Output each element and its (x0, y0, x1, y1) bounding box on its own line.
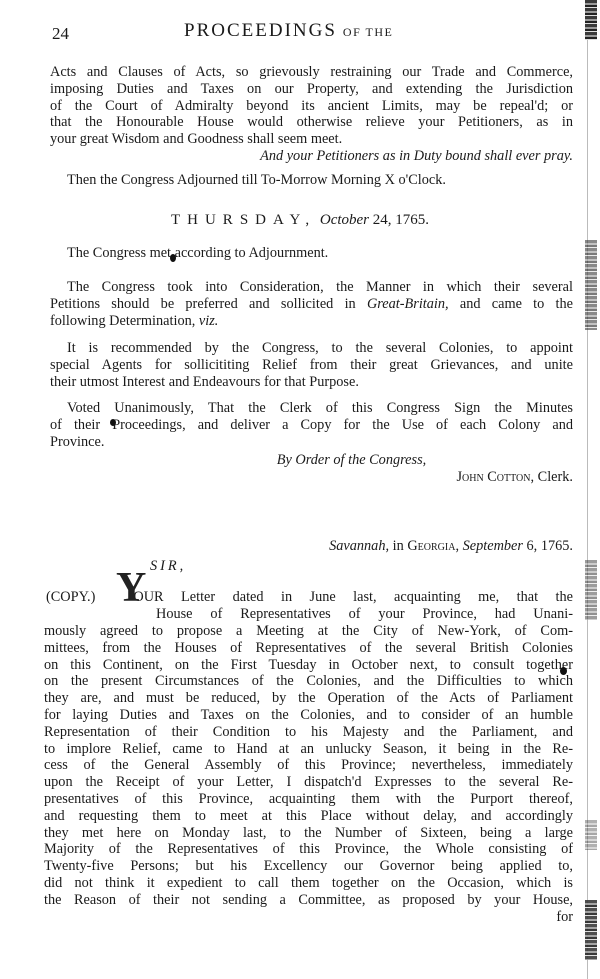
text-line: the Reason of their not sending a Commit… (44, 892, 573, 909)
text-line: mously agreed to propose a Meeting at th… (44, 623, 573, 640)
text-span: OUR Letter dated in June last, acquainti… (133, 589, 573, 605)
text-line: Majority of the Representatives of this … (44, 841, 573, 858)
day-name: THURSDAY, (171, 212, 316, 228)
text-line: imposing Duties and Taxes on our Propert… (50, 81, 573, 98)
text-line: their utmost Interest and Endeavours for… (50, 374, 573, 391)
place-name: Great-Britain, (367, 296, 449, 312)
text-line: for laying Duties and Taxes on the Colon… (44, 707, 573, 724)
text-line: Twenty-five Persons; but his Excellency … (44, 858, 573, 875)
clerk-signature: John Cotton, Clerk. (50, 469, 573, 486)
running-title-tail: OF THE (343, 25, 393, 39)
dateline-state: Georgia, (407, 538, 459, 554)
catchword: for (44, 909, 573, 926)
petition-conclusion: Acts and Clauses of Acts, so grievously … (50, 64, 573, 165)
clerk-title: Clerk. (538, 469, 573, 485)
text-line: presentatives of this Province, acquaint… (44, 791, 573, 808)
text-line: did not think it expedient to call them … (44, 875, 573, 892)
letter-dateline: Savannah, in Georgia, September 6, 1765. (50, 538, 573, 555)
page-number: 24 (52, 24, 69, 44)
clerk-name: John Cotton, (456, 469, 534, 485)
text-line: Representation of their Condition to his… (44, 724, 573, 741)
viz-abbrev: viz. (199, 313, 218, 329)
copy-label: (COPY.) (46, 589, 95, 605)
text-line: that the Honourable House would otherwis… (50, 114, 573, 131)
petition-closing: And your Petitioners as in Duty bound sh… (50, 148, 573, 165)
text-line: cess of the General Assembly of this Pro… (44, 757, 573, 774)
text-line: on the present Circumstances of the Colo… (44, 673, 573, 690)
text-line: they met here on Monday last, to the Num… (44, 825, 573, 842)
running-title-main: PROCEEDINGS (184, 20, 337, 41)
text-span: following Determination, (50, 313, 195, 329)
letter-body: mously agreed to propose a Meeting at th… (44, 623, 573, 925)
text-span: Petitions should be preferred and sollic… (50, 296, 356, 312)
day-month: October (320, 212, 369, 228)
text-line: Petitions should be preferred and sollic… (50, 296, 573, 313)
text-line: and requesting them to meet at this Plac… (44, 808, 573, 825)
ink-blot (560, 667, 567, 675)
text-line: Province. (50, 434, 573, 451)
letter-second-line: House of Representatives of your Provinc… (156, 606, 573, 623)
page-edge-scan-artifact (585, 0, 600, 979)
text-line: of their Proceedings, and deliver a Copy… (50, 417, 573, 434)
adjournment-note: Then the Congress Adjourned till To-Morr… (50, 172, 573, 189)
dateline-month: September (463, 538, 523, 554)
meeting-note: The Congress met according to Adjournmen… (50, 245, 573, 262)
text-line: they are, and must be reduced, by the Op… (44, 690, 573, 707)
text-line: to implore Relief, came to Hand at an un… (44, 741, 573, 758)
ink-blot (110, 419, 116, 426)
dateline-day-year: 6, 1765. (527, 538, 573, 554)
text-line: mittees, from the Houses of Representati… (44, 640, 573, 657)
text-line: House of Representatives of your Provinc… (156, 606, 573, 623)
adjournment-text: Then the Congress Adjourned till To-Morr… (50, 172, 573, 189)
day-date: 24, 1765. (373, 212, 429, 228)
text-line: Voted Unanimously, That the Clerk of thi… (50, 400, 573, 417)
meeting-text: The Congress met according to Adjournmen… (50, 245, 573, 262)
text-line: upon the Receipt of your Letter, I dispa… (44, 774, 573, 791)
text-line: special Agents for sollicititing Relief … (50, 357, 573, 374)
text-line: Acts and Clauses of Acts, so grievously … (50, 64, 573, 81)
dateline-in: in (393, 538, 404, 554)
text-line: on this Continent, on the First Tuesday … (44, 657, 573, 674)
paragraph-consideration: The Congress took into Consideration, th… (50, 279, 573, 329)
paragraph-recommended: It is recommended by the Congress, to th… (50, 340, 573, 390)
signature-block: By Order of the Congress, John Cotton, C… (50, 452, 573, 486)
dateline-place: Savannah, (329, 538, 389, 554)
document-page: 24 PROCEEDINGSOF THE Acts and Clauses of… (0, 0, 600, 979)
running-header: 24 PROCEEDINGSOF THE (52, 20, 572, 46)
text-line: following Determination, viz. (50, 313, 573, 330)
text-line: your great Wisdom and Goodness shall see… (50, 131, 573, 148)
by-order: By Order of the Congress, (50, 452, 573, 469)
text-line: It is recommended by the Congress, to th… (50, 340, 573, 357)
running-title: PROCEEDINGSOF THE (184, 20, 393, 42)
text-line: of the Court of Admiralty beyond its anc… (50, 98, 573, 115)
text-line: The Congress took into Consideration, th… (50, 279, 573, 296)
drop-cap: Y (116, 567, 146, 609)
ink-blot (170, 254, 176, 262)
paragraph-voted: Voted Unanimously, That the Clerk of thi… (50, 400, 573, 450)
text-span: and came to the (460, 296, 573, 312)
day-heading: THURSDAY, October 24, 1765. (0, 212, 600, 229)
dateline: Savannah, in Georgia, September 6, 1765. (50, 538, 573, 555)
